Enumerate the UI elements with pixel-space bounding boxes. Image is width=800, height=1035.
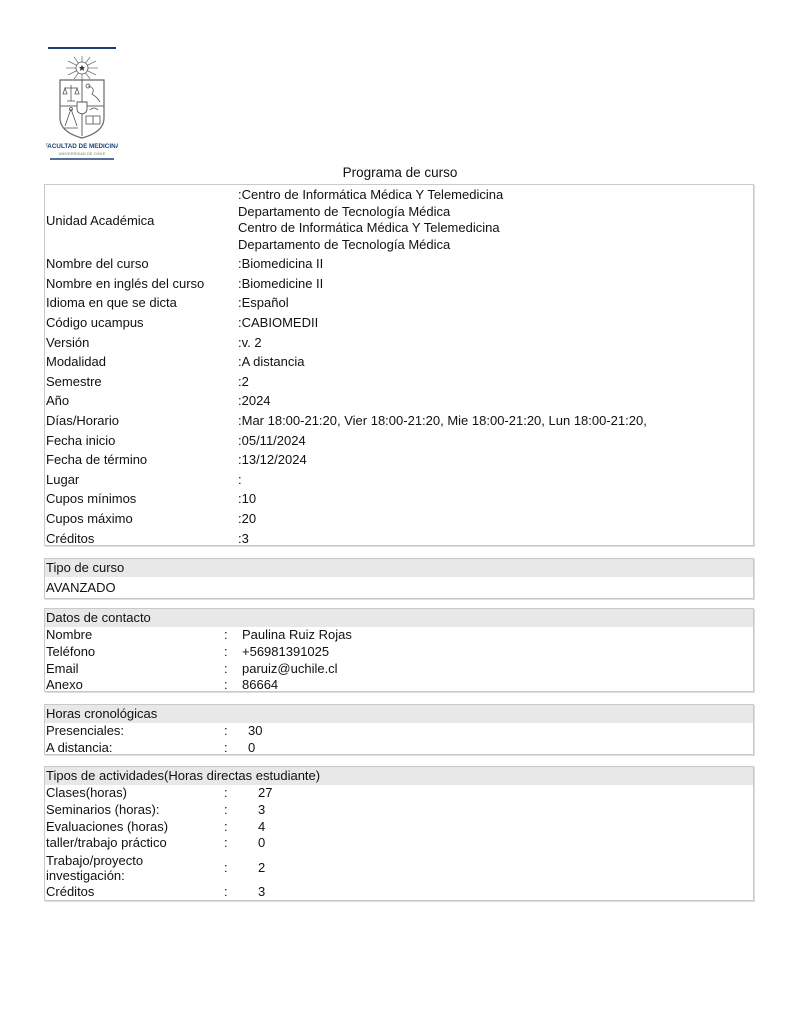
kv-separator: : bbox=[224, 661, 242, 678]
kv-value: 3 bbox=[242, 884, 265, 901]
faculty-logo: FACULTAD DE MEDICINA UNIVERSIDAD DE CHIL… bbox=[46, 46, 118, 160]
kv-label: Presenciales: bbox=[46, 723, 224, 740]
kv-separator: : bbox=[224, 884, 242, 901]
kv-separator: : bbox=[224, 802, 242, 819]
row-value: :20 bbox=[238, 511, 256, 526]
kv-label: Teléfono bbox=[46, 644, 224, 661]
row-value: :Biomedicina II bbox=[238, 256, 323, 271]
table-row: Lugar: bbox=[45, 470, 753, 490]
kv-label: Trabajo/proyecto investigación: bbox=[46, 853, 224, 883]
row-value: :A distancia bbox=[238, 354, 305, 369]
row-label: Código ucampus bbox=[45, 315, 238, 330]
row-value: : bbox=[238, 472, 242, 487]
hours-section: Horas cronológicas Presenciales::30 A di… bbox=[44, 704, 754, 755]
hours-row: Presenciales::30 bbox=[46, 723, 753, 740]
row-label: Modalidad bbox=[45, 354, 238, 369]
activity-row: taller/trabajo práctico:0 bbox=[46, 835, 753, 852]
row-value: :Biomedicine II bbox=[238, 276, 323, 291]
row-value: :CABIOMEDII bbox=[238, 315, 318, 330]
row-label: Versión bbox=[45, 335, 238, 350]
table-row: Cupos mínimos:10 bbox=[45, 489, 753, 509]
kv-separator: : bbox=[224, 644, 242, 661]
row-label: Idioma en que se dicta bbox=[45, 295, 238, 310]
kv-value: 4 bbox=[242, 819, 265, 836]
row-label: Semestre bbox=[45, 374, 238, 389]
row-value: :2024 bbox=[238, 393, 271, 408]
activity-row: Créditos:3 bbox=[46, 884, 753, 901]
table-row: Código ucampus:CABIOMEDII bbox=[45, 313, 753, 333]
kv-separator: : bbox=[224, 677, 242, 694]
kv-separator: : bbox=[224, 723, 242, 740]
row-label: Créditos bbox=[45, 531, 238, 546]
kv-label: Email bbox=[46, 661, 224, 678]
row-value: :05/11/2024 bbox=[238, 433, 306, 448]
kv-label: Anexo bbox=[46, 677, 224, 694]
kv-value: 2 bbox=[242, 852, 265, 884]
table-row: Nombre en inglés del curso:Biomedicine I… bbox=[45, 274, 753, 294]
kv-value: 27 bbox=[242, 785, 272, 802]
logo-line1: FACULTAD DE MEDICINA bbox=[46, 143, 118, 150]
row-label: Fecha inicio bbox=[45, 433, 238, 448]
row-value: :Español bbox=[238, 295, 289, 310]
table-row: Fecha inicio:05/11/2024 bbox=[45, 430, 753, 450]
table-row-unidad: Unidad Académica :Centro de Informática … bbox=[45, 186, 753, 254]
row-value: :10 bbox=[238, 491, 256, 506]
university-crest-icon: FACULTAD DE MEDICINA UNIVERSIDAD DE CHIL… bbox=[46, 46, 118, 160]
kv-value: Paulina Ruiz Rojas bbox=[242, 627, 352, 644]
kv-value: 0 bbox=[242, 740, 255, 757]
course-info-table: Unidad Académica :Centro de Informática … bbox=[44, 184, 754, 546]
row-value: :Centro de Informática Médica Y Telemedi… bbox=[238, 187, 503, 253]
row-label: Nombre del curso bbox=[45, 256, 238, 271]
contact-row-email: Email:paruiz@uchile.cl bbox=[46, 661, 753, 678]
table-row: Fecha de término:13/12/2024 bbox=[45, 450, 753, 470]
table-row: Semestre:2 bbox=[45, 372, 753, 392]
contact-row-name: Nombre:Paulina Ruiz Rojas bbox=[46, 627, 753, 644]
logo-line2: UNIVERSIDAD DE CHILE bbox=[59, 151, 106, 156]
unidad-line: Departamento de Tecnología Médica bbox=[238, 204, 503, 221]
row-value: :13/12/2024 bbox=[238, 452, 307, 467]
kv-separator: : bbox=[224, 740, 242, 757]
unidad-line: :Centro de Informática Médica Y Telemedi… bbox=[238, 187, 503, 204]
row-label: Unidad Académica bbox=[45, 213, 238, 228]
row-label: Lugar bbox=[45, 472, 238, 487]
section-header: Tipo de curso bbox=[45, 559, 753, 577]
row-value: :2 bbox=[238, 374, 249, 389]
row-label: Fecha de término bbox=[45, 452, 238, 467]
kv-separator: : bbox=[224, 785, 242, 802]
row-value: :v. 2 bbox=[238, 335, 262, 350]
table-row: Año:2024 bbox=[45, 391, 753, 411]
kv-label: taller/trabajo práctico bbox=[46, 835, 224, 852]
table-row: Modalidad:A distancia bbox=[45, 352, 753, 372]
row-value: :Mar 18:00-21:20, Vier 18:00-21:20, Mie … bbox=[238, 413, 647, 428]
row-value: :3 bbox=[238, 531, 249, 546]
activity-row: Clases(horas):27 bbox=[46, 785, 753, 802]
kv-separator: : bbox=[224, 835, 242, 852]
document-title: Programa de curso bbox=[0, 165, 800, 181]
kv-value: +56981391025 bbox=[242, 644, 329, 661]
unidad-line: Departamento de Tecnología Médica bbox=[238, 237, 503, 254]
table-row: Idioma en que se dicta:Español bbox=[45, 293, 753, 313]
kv-value: 0 bbox=[242, 835, 265, 852]
kv-value: 30 bbox=[242, 723, 262, 740]
activities-section: Tipos de actividades(Horas directas estu… bbox=[44, 766, 754, 901]
row-label: Nombre en inglés del curso bbox=[45, 276, 238, 291]
row-label: Cupos máximo bbox=[45, 511, 238, 526]
kv-value: 86664 bbox=[242, 677, 278, 694]
kv-separator: : bbox=[224, 627, 242, 644]
kv-label: Clases(horas) bbox=[46, 785, 224, 802]
activity-row: Trabajo/proyecto investigación::2 bbox=[46, 852, 753, 884]
table-row: Versión:v. 2 bbox=[45, 332, 753, 352]
hours-row: A distancia::0 bbox=[46, 740, 753, 757]
row-label: Días/Horario bbox=[45, 413, 238, 428]
kv-separator: : bbox=[224, 852, 242, 884]
course-type-value: AVANZADO bbox=[45, 577, 753, 598]
section-header: Tipos de actividades(Horas directas estu… bbox=[45, 767, 753, 785]
row-label: Año bbox=[45, 393, 238, 408]
section-header: Horas cronológicas bbox=[45, 705, 753, 723]
contact-section: Datos de contacto Nombre:Paulina Ruiz Ro… bbox=[44, 608, 754, 692]
activity-row: Seminarios (horas)::3 bbox=[46, 802, 753, 819]
kv-separator: : bbox=[224, 819, 242, 836]
kv-label: A distancia: bbox=[46, 740, 224, 757]
section-header: Datos de contacto bbox=[45, 609, 753, 627]
kv-value: 3 bbox=[242, 802, 265, 819]
table-row: Cupos máximo:20 bbox=[45, 509, 753, 529]
kv-label: Créditos bbox=[46, 884, 224, 901]
kv-label: Evaluaciones (horas) bbox=[46, 819, 224, 836]
row-label: Cupos mínimos bbox=[45, 491, 238, 506]
table-row: Créditos:3 bbox=[45, 528, 753, 548]
email-value[interactable]: paruiz@uchile.cl bbox=[242, 661, 338, 678]
activity-row: Evaluaciones (horas):4 bbox=[46, 819, 753, 836]
table-row: Nombre del curso:Biomedicina II bbox=[45, 254, 753, 274]
unidad-line: Centro de Informática Médica Y Telemedic… bbox=[238, 220, 503, 237]
contact-row-phone: Teléfono:+56981391025 bbox=[46, 644, 753, 661]
contact-row-annex: Anexo:86664 bbox=[46, 677, 753, 694]
kv-label: Nombre bbox=[46, 627, 224, 644]
table-row: Días/Horario:Mar 18:00-21:20, Vier 18:00… bbox=[45, 411, 753, 431]
course-type-section: Tipo de curso AVANZADO bbox=[44, 558, 754, 599]
kv-label: Seminarios (horas): bbox=[46, 802, 224, 819]
